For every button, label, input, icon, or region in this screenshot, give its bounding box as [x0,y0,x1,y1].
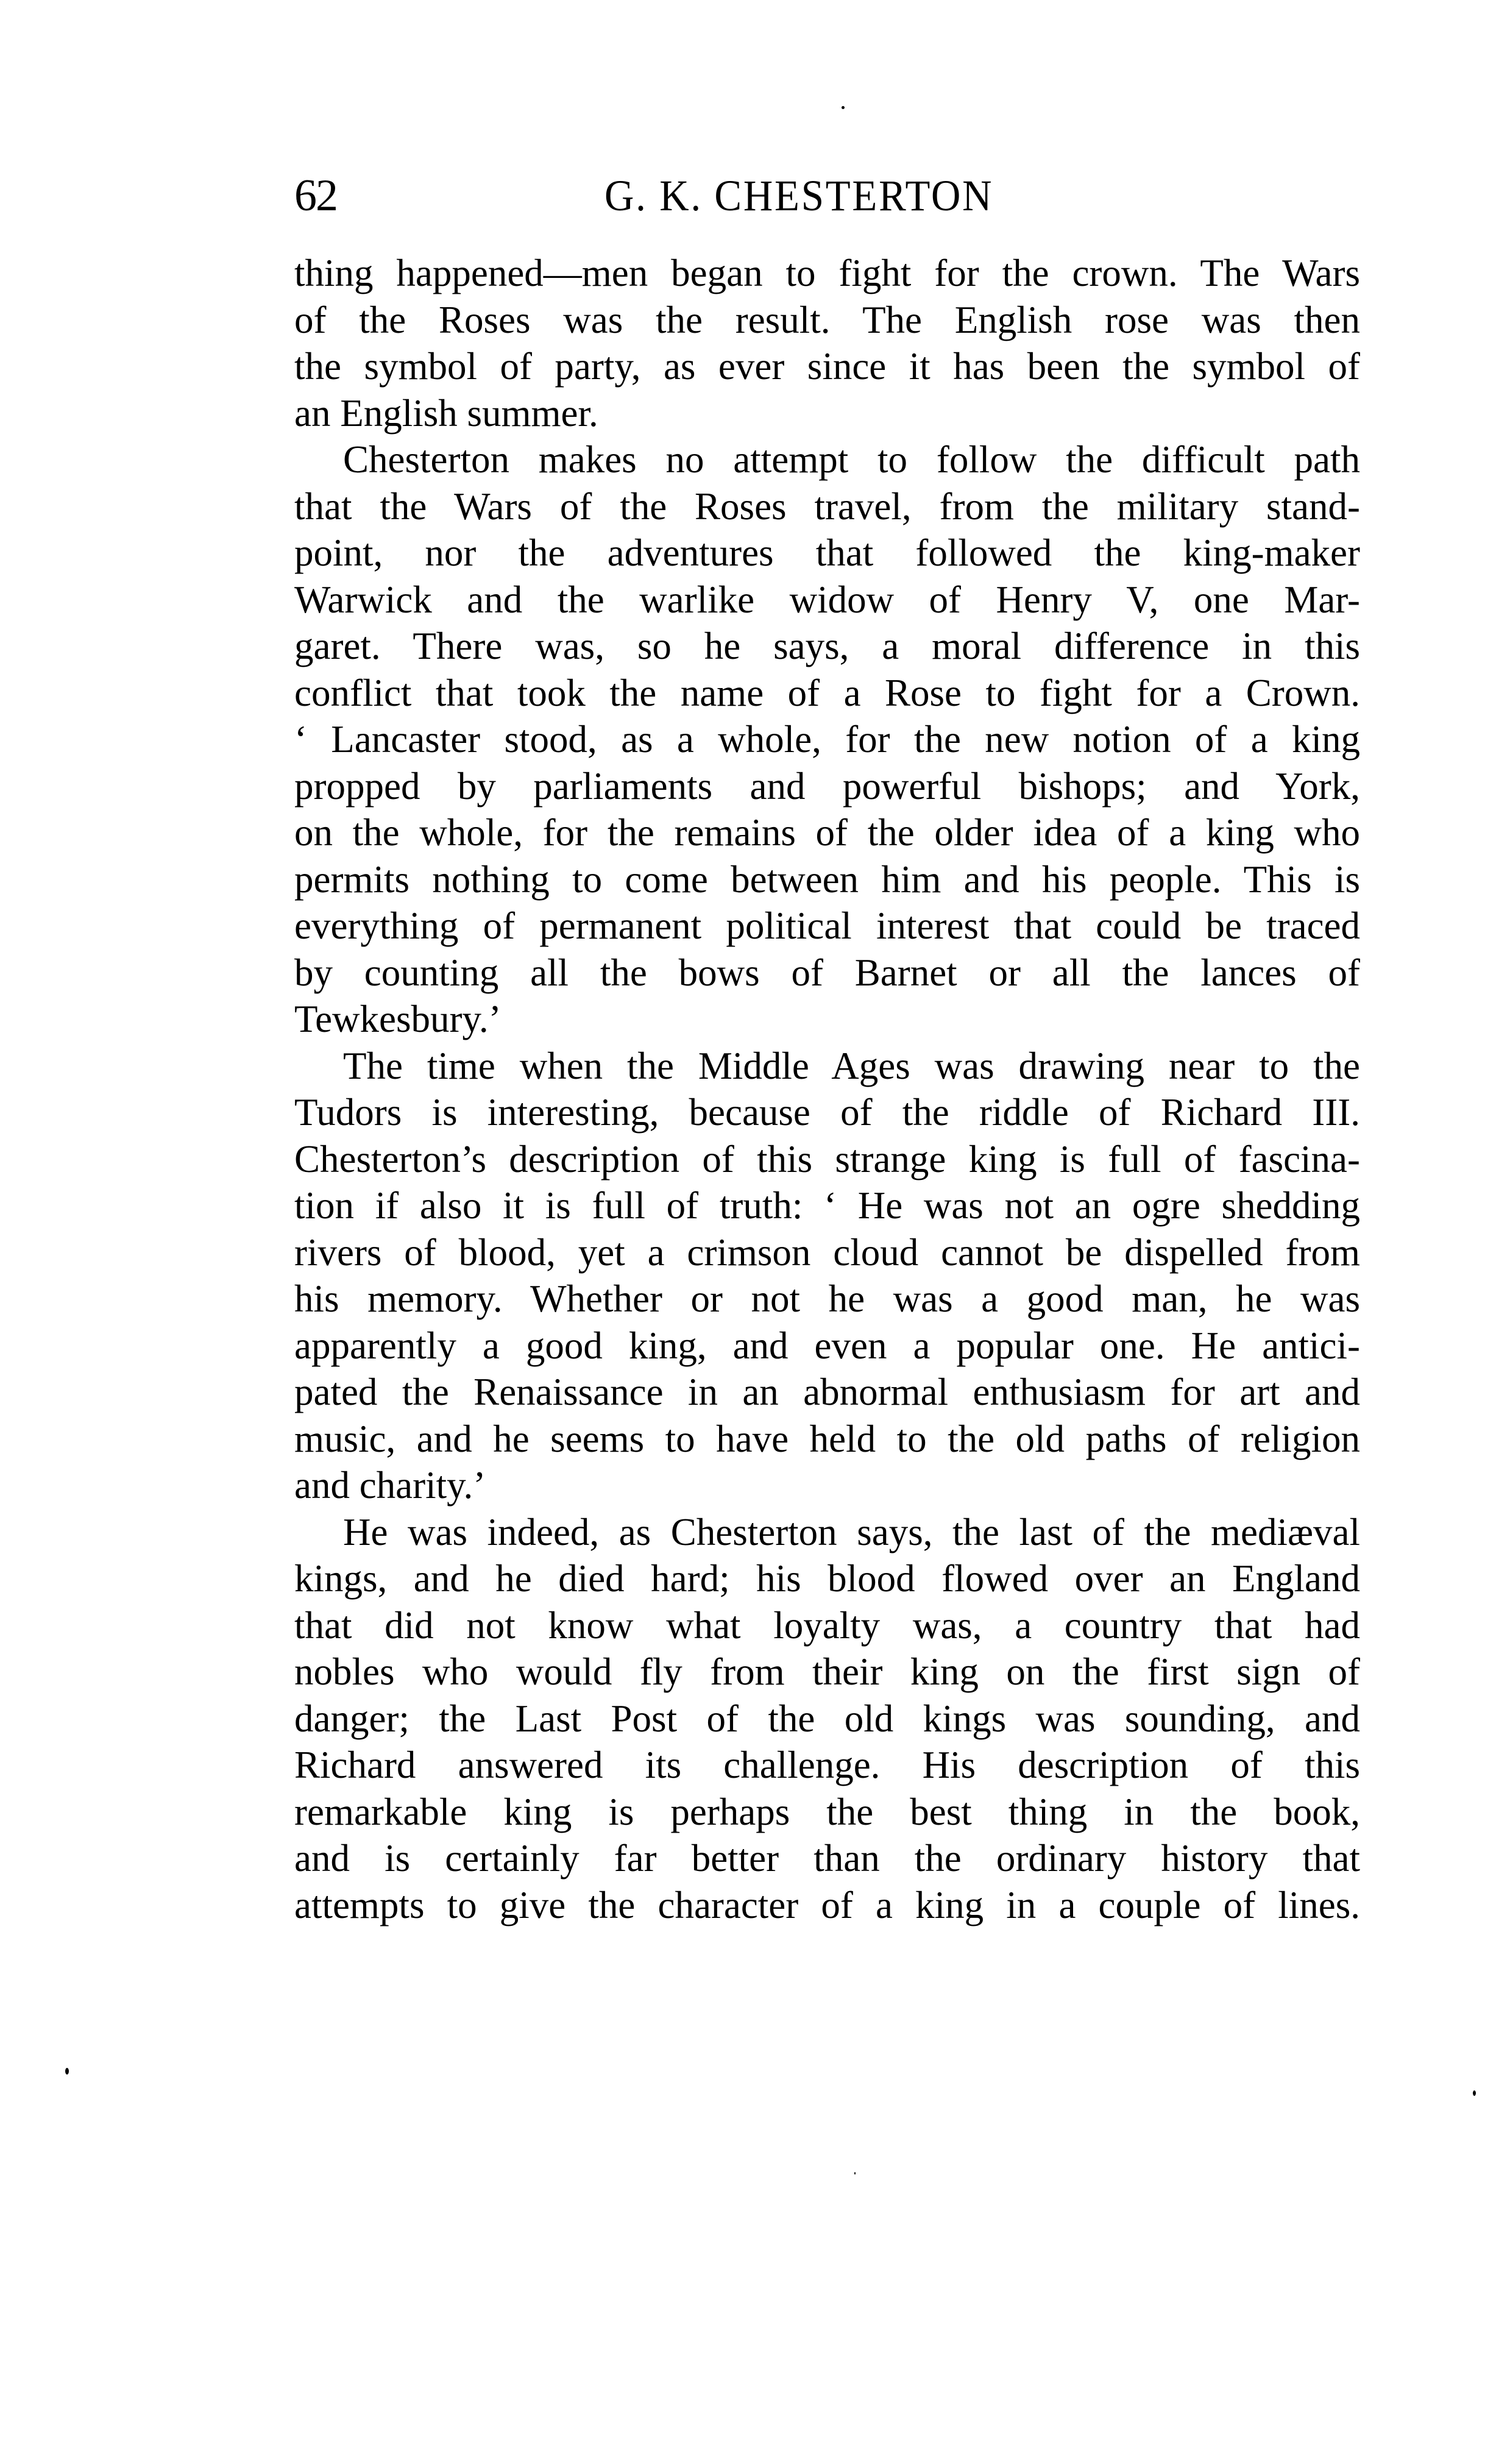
text-line: his memory. Whether or not he was a good… [294,1276,1360,1323]
scan-speck [1473,2090,1476,2096]
text-line: Chesterton’s description of this strange… [294,1136,1360,1183]
text-line: that the Wars of the Roses travel, from … [294,483,1360,530]
text-line: nobles who would fly from their king on … [294,1649,1360,1695]
text-line: apparently a good king, and even a popul… [294,1323,1360,1369]
text-line: Tudors is interesting, because of the ri… [294,1089,1360,1136]
scan-speck [65,2068,69,2075]
text-line: and is certainly far better than the ord… [294,1835,1360,1882]
scan-speck [854,2172,856,2175]
text-line: ‘ Lancaster stood, as a whole, for the n… [294,716,1360,763]
text-line: and charity.’ [294,1462,1360,1509]
text-line: point, nor the adventures that followed … [294,530,1360,577]
text-line: tion if also it is full of truth: ‘ He w… [294,1182,1360,1229]
text-line: Chesterton makes no attempt to follow th… [294,436,1360,483]
text-line: danger; the Last Post of the old kings w… [294,1695,1360,1742]
text-line: music, and he seems to have held to the … [294,1416,1360,1463]
text-line: on the whole, for the remains of the old… [294,809,1360,856]
text-line: kings, and he died hard; his blood flowe… [294,1555,1360,1602]
text-line: The time when the Middle Ages was drawin… [294,1043,1360,1090]
text-line: that did not know what loyalty was, a co… [294,1602,1360,1649]
scan-speck [842,106,845,109]
text-line: Tewkesbury.’ [294,996,1360,1043]
text-line: by counting all the bows of Barnet or al… [294,950,1360,996]
running-head: 62 G. K. CHESTERTON [294,168,1360,223]
paragraph: He was indeed, as Chesterton says, the l… [294,1509,1360,1929]
text-line: pated the Renaissance in an abnormal ent… [294,1369,1360,1416]
paragraph: Chesterton makes no attempt to follow th… [294,436,1360,1043]
text-line: garet. There was, so he says, a moral di… [294,623,1360,670]
text-line: of the Roses was the result. The English… [294,297,1360,344]
text-line: attempts to give the character of a king… [294,1882,1360,1929]
text-line: He was indeed, as Chesterton says, the l… [294,1509,1360,1556]
text-line: Richard answered its challenge. His desc… [294,1742,1360,1789]
book-page: 62 G. K. CHESTERTON thing happened—men b… [0,0,1510,2464]
page-number: 62 [294,168,337,223]
text-line: permits nothing to come between him and … [294,856,1360,903]
text-line: thing happened—men began to fight for th… [294,250,1360,297]
text-line: Warwick and the warlike widow of Henry V… [294,577,1360,623]
text-line: everything of permanent political intere… [294,903,1360,950]
body-text: thing happened—men began to fight for th… [294,250,1360,1928]
text-line: conflict that took the name of a Rose to… [294,670,1360,717]
text-line: the symbol of party, as ever since it ha… [294,343,1360,390]
text-line: remarkable king is perhaps the best thin… [294,1789,1360,1836]
text-line: propped by parliaments and powerful bish… [294,763,1360,810]
paragraph: The time when the Middle Ages was drawin… [294,1043,1360,1509]
paragraph: thing happened—men began to fight for th… [294,250,1360,436]
running-title: G. K. CHESTERTON [604,168,1021,223]
text-line: rivers of blood, yet a crimson cloud can… [294,1229,1360,1276]
text-line: an English summer. [294,390,1360,437]
